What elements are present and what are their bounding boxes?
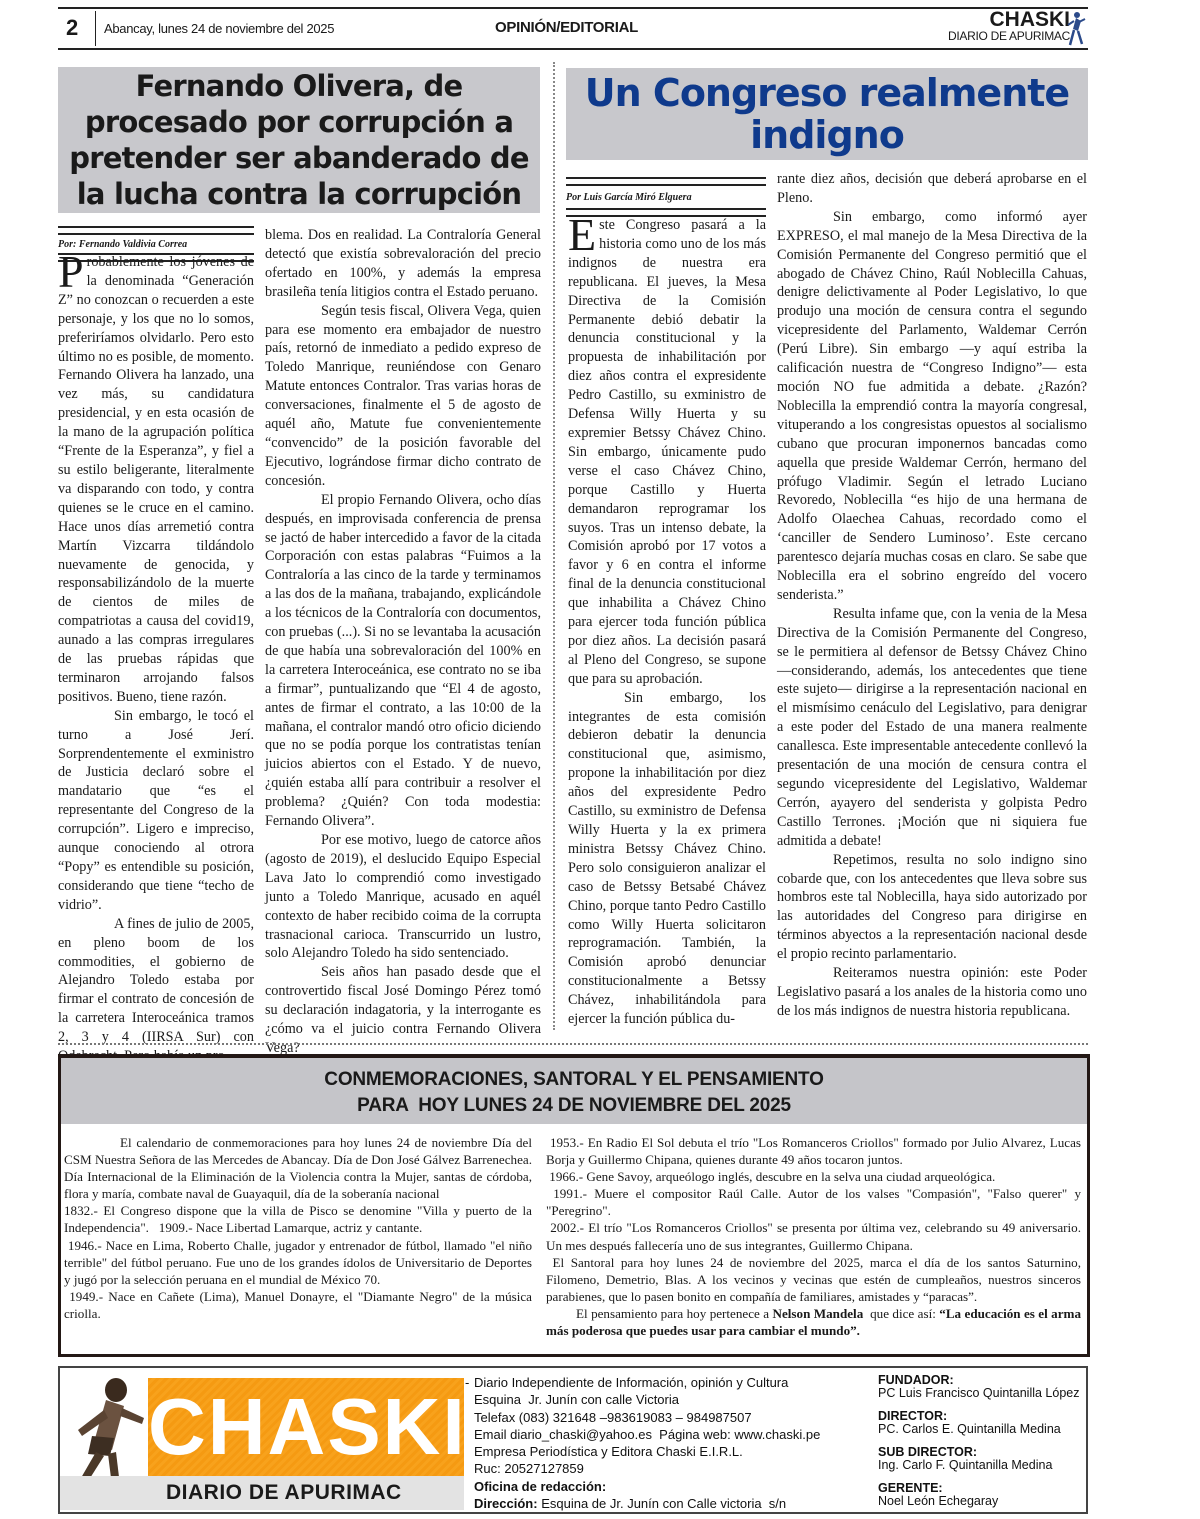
conmemoraciones-left: El calendario de conmemoraciones para ho… xyxy=(64,1134,532,1322)
header-brand: CHASKI DIARIO DE APURIMAC xyxy=(948,9,1070,42)
staff-entry: SUB DIRECTOR: Ing. Carlo F. Quintanilla … xyxy=(878,1446,1080,1472)
paragraph: 1832.- El Congreso dispone que la villa … xyxy=(64,1202,532,1236)
paragraph: 2002.- El trío "Los Romanceros Criollos"… xyxy=(546,1219,1081,1253)
paragraph: El Santoral para hoy lunes 24 de noviemb… xyxy=(546,1254,1081,1305)
info-line: Esquina Jr. Junín con calle Victoria xyxy=(474,1391,820,1408)
article-headline: Fernando Olivera, de procesado por corru… xyxy=(58,68,540,212)
header-divider xyxy=(95,11,96,46)
staff-list: FUNDADOR: PC Luis Francisco Quintanilla … xyxy=(878,1374,1080,1518)
logo-word: CHASKI xyxy=(148,1380,464,1474)
paragraph: Resulta infame que, con la venia de la M… xyxy=(777,605,1087,851)
conmemoraciones-right: 1953.- En Radio El Sol debuta el trío "L… xyxy=(546,1134,1081,1339)
paragraph: 1949.- Nace en Cañete (Lima), Manuel Don… xyxy=(64,1288,532,1322)
section-title: OPINIÓN/EDITORIAL xyxy=(495,19,638,36)
info-line: Telefax (083) 321648 –983619083 – 984987… xyxy=(474,1409,820,1426)
title-line: CONMEMORACIONES, SANTORAL Y EL PENSAMIEN… xyxy=(61,1067,1087,1093)
info-line: Email diario_chaski@yahoo.es Página web:… xyxy=(474,1426,820,1443)
title-line: PARA HOY LUNES 24 DE NOVIEMBRE DEL 2025 xyxy=(61,1093,1087,1119)
paragraph: Reiteramos nuestra opinión: este Poder L… xyxy=(777,964,1087,1021)
byline-rule xyxy=(566,177,766,186)
header-top-rule xyxy=(58,7,1088,9)
article-column: Probablemente los jóvenes de la denomina… xyxy=(58,253,254,1066)
conmemoraciones-box: CONMEMORACIONES, SANTORAL Y EL PENSAMIEN… xyxy=(58,1054,1090,1357)
paragraph: 1946.- Nace en Lima, Roberto Challe, jug… xyxy=(64,1237,532,1288)
paragraph: Sin embargo, los integrantes de esta com… xyxy=(568,689,766,1029)
article-column: Este Congreso pasará a la historia como … xyxy=(568,216,766,1029)
article-column: rante diez años, decisión que deberá apr… xyxy=(777,170,1087,1021)
staff-entry: FUNDADOR: PC Luis Francisco Quintanilla … xyxy=(878,1374,1080,1400)
byline: Por: Fernando Valdivia Correa xyxy=(58,235,254,253)
conmemoraciones-title: CONMEMORACIONES, SANTORAL Y EL PENSAMIEN… xyxy=(61,1058,1087,1124)
runner-icon xyxy=(1066,11,1086,47)
paragraph: El propio Fernando Olivera, ocho días de… xyxy=(265,491,541,831)
logo-subtitle: DIARIO DE APURIMAC xyxy=(166,1481,402,1505)
paragraph: 1991.- Muere el compositor Raúl Calle. A… xyxy=(546,1185,1081,1219)
byline: Por Luis García Miró Elguera xyxy=(566,186,766,208)
byline-block-right: Por Luis García Miró Elguera xyxy=(566,177,766,217)
staff-entry: GERENTE: Noel León Echegaray xyxy=(878,1482,1080,1508)
paragraph: Por ese motivo, luego de catorce años (a… xyxy=(265,831,541,963)
paragraph: Sin embargo, le tocó el turno a José Jer… xyxy=(58,707,254,915)
section-separator xyxy=(58,1043,1088,1045)
publisher-info: - Diario Independiente de Información, o… xyxy=(474,1374,820,1512)
drop-cap: E xyxy=(568,217,599,253)
column-divider xyxy=(553,62,555,1030)
brand-subtitle: DIARIO DE APURIMAC xyxy=(948,30,1070,42)
logo-subtitle-bar: DIARIO DE APURIMAC xyxy=(60,1476,464,1510)
thought-of-the-day: El pensamiento para hoy pertenece a Nels… xyxy=(546,1305,1081,1339)
issue-date: Abancay, lunes 24 de noviembre del 2025 xyxy=(104,21,334,36)
headline-box-left: Fernando Olivera, de procesado por corru… xyxy=(58,67,540,213)
paragraph: Este Congreso pasará a la historia como … xyxy=(568,216,766,689)
office-label: Oficina de redacción: xyxy=(474,1478,820,1495)
page-number: 2 xyxy=(66,15,78,41)
info-line: Ruc: 20527127859 xyxy=(474,1460,820,1477)
paragraph: blema. Dos en realidad. La Contraloría G… xyxy=(265,226,541,302)
paragraph: Probablemente los jóvenes de la denomina… xyxy=(58,253,254,707)
paragraph: Repetimos, resulta no solo indigno sino … xyxy=(777,851,1087,964)
brand-name: CHASKI xyxy=(948,9,1070,30)
info-line: Empresa Periodística y Editora Chaski E.… xyxy=(474,1443,820,1460)
paragraph: El calendario de conmemoraciones para ho… xyxy=(64,1134,532,1202)
header-bottom-rule xyxy=(58,48,1088,50)
paragraph: rante diez años, decisión que deberá apr… xyxy=(777,170,1087,208)
byline-rule xyxy=(58,226,254,235)
address-line: Dirección: Esquina de Jr. Junín con Call… xyxy=(474,1495,820,1512)
article-headline: Un Congreso realmente indigno xyxy=(566,72,1088,156)
paragraph: 1953.- En Radio El Sol debuta el trío "L… xyxy=(546,1134,1081,1168)
paragraph: Sin embargo, como informó ayer EXPRESO, … xyxy=(777,208,1087,605)
paragraph: Según tesis fiscal, Olivera Vega, quien … xyxy=(265,302,541,491)
drop-cap: P xyxy=(58,254,87,290)
info-line: Diario Independiente de Información, opi… xyxy=(474,1374,820,1391)
staff-entry: DIRECTOR: PC. Carlos E. Quintanilla Medi… xyxy=(878,1410,1080,1436)
chaski-logo: CHASKI xyxy=(148,1378,464,1476)
article-column: blema. Dos en realidad. La Contraloría G… xyxy=(265,226,541,1058)
thought-author: Nelson Mandela xyxy=(773,1306,864,1321)
headline-box-right: Un Congreso realmente indigno xyxy=(566,68,1088,160)
footer-masthead: CHASKI DIARIO DE APURIMAC - Diario Indep… xyxy=(58,1366,1088,1514)
paragraph: 1966.- Gene Savoy, arqueólogo inglés, de… xyxy=(546,1168,1081,1185)
